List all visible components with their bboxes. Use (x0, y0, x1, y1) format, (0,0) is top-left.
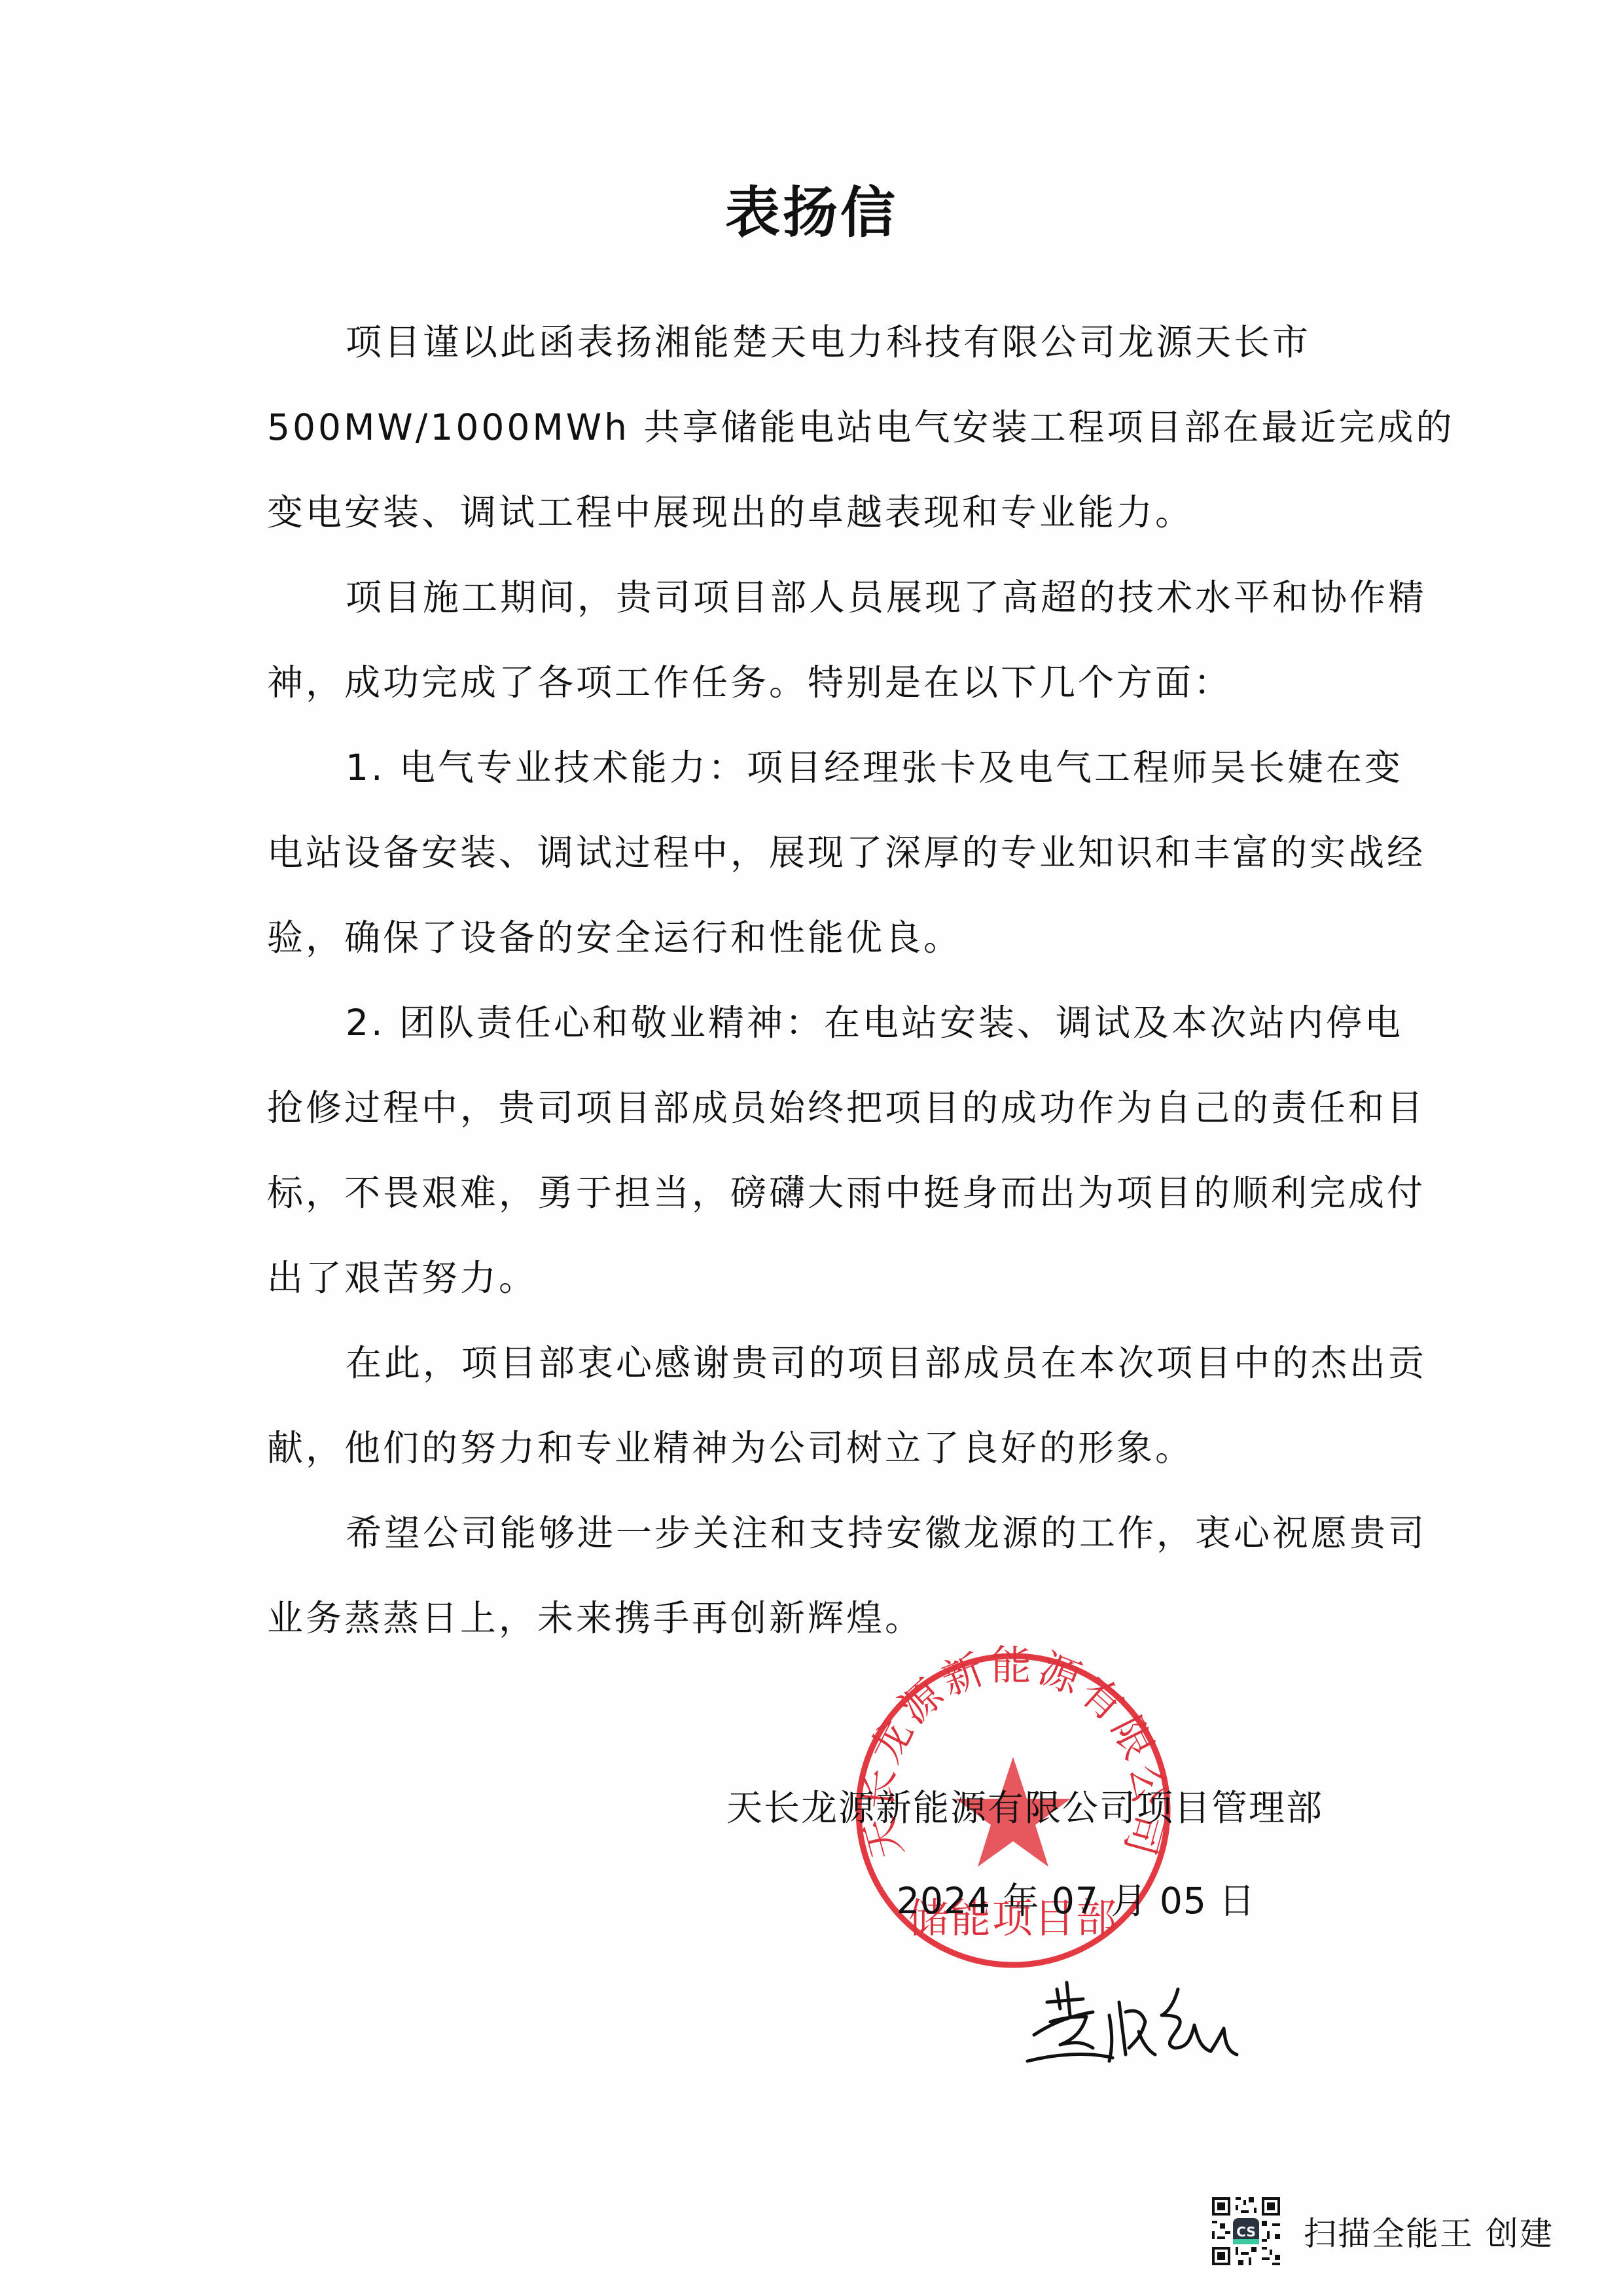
scanner-label: 扫描全能王 创建 (1304, 2208, 1554, 2255)
body-line: 希望公司能够进一步关注和支持安徽龙源的工作，衷心祝愿贵司 (346, 1510, 1366, 1556)
signing-organization: 天长龙源新能源有限公司项目管理部 (726, 1785, 1323, 1831)
qr-badge-label: CS (1236, 2224, 1255, 2240)
body-line: 出了艰苦努力。 (267, 1255, 1366, 1301)
body-line: 在此，项目部衷心感谢贵司的项目部成员在本次项目中的杰出贡 (346, 1340, 1366, 1386)
qr-code-icon: CS (1209, 2195, 1283, 2268)
letter-title: 表扬信 (0, 177, 1623, 249)
scanner-watermark: CS 扫描全能王 创建 (1209, 2192, 1554, 2270)
letter-page: 表扬信 项目谨以此函表扬湘能楚天电力科技有限公司龙源天长市500MW/1000M… (0, 0, 1623, 2296)
body-line: 变电安装、调试工程中展现出的卓越表现和专业能力。 (267, 489, 1366, 535)
body-line: 1. 电气专业技术能力：项目经理张卡及电气工程师吴长婕在变 (346, 745, 1366, 790)
body-line: 电站设备安装、调试过程中，展现了深厚的专业知识和丰富的实战经 (267, 830, 1366, 875)
body-line: 献，他们的努力和专业精神为公司树立了良好的形象。 (267, 1425, 1366, 1471)
body-line: 项目谨以此函表扬湘能楚天电力科技有限公司龙源天长市 (346, 319, 1366, 365)
body-line: 抢修过程中，贵司项目部成员始终把项目的成功作为自己的责任和目 (267, 1085, 1366, 1131)
body-line: 2. 团队责任心和敬业精神：在电站安装、调试及本次站内停电 (346, 1000, 1366, 1046)
body-line: 500MW/1000MWh 共享储能电站电气安装工程项目部在最近完成的 (267, 404, 1366, 450)
body-line: 项目施工期间，贵司项目部人员展现了高超的技术水平和协作精 (346, 574, 1366, 620)
body-line: 神，成功完成了各项工作任务。特别是在以下几个方面： (267, 660, 1366, 705)
handwritten-signature (1021, 1976, 1243, 2074)
body-line: 标，不畏艰难，勇于担当，磅礴大雨中挺身而出为项目的顺利完成付 (267, 1170, 1366, 1216)
body-line: 验，确保了设备的安全运行和性能优良。 (267, 915, 1366, 961)
body-line: 业务蒸蒸日上，未来携手再创新辉煌。 (267, 1595, 1366, 1641)
signing-date: 2024 年 07 月 05 日 (897, 1878, 1255, 1924)
